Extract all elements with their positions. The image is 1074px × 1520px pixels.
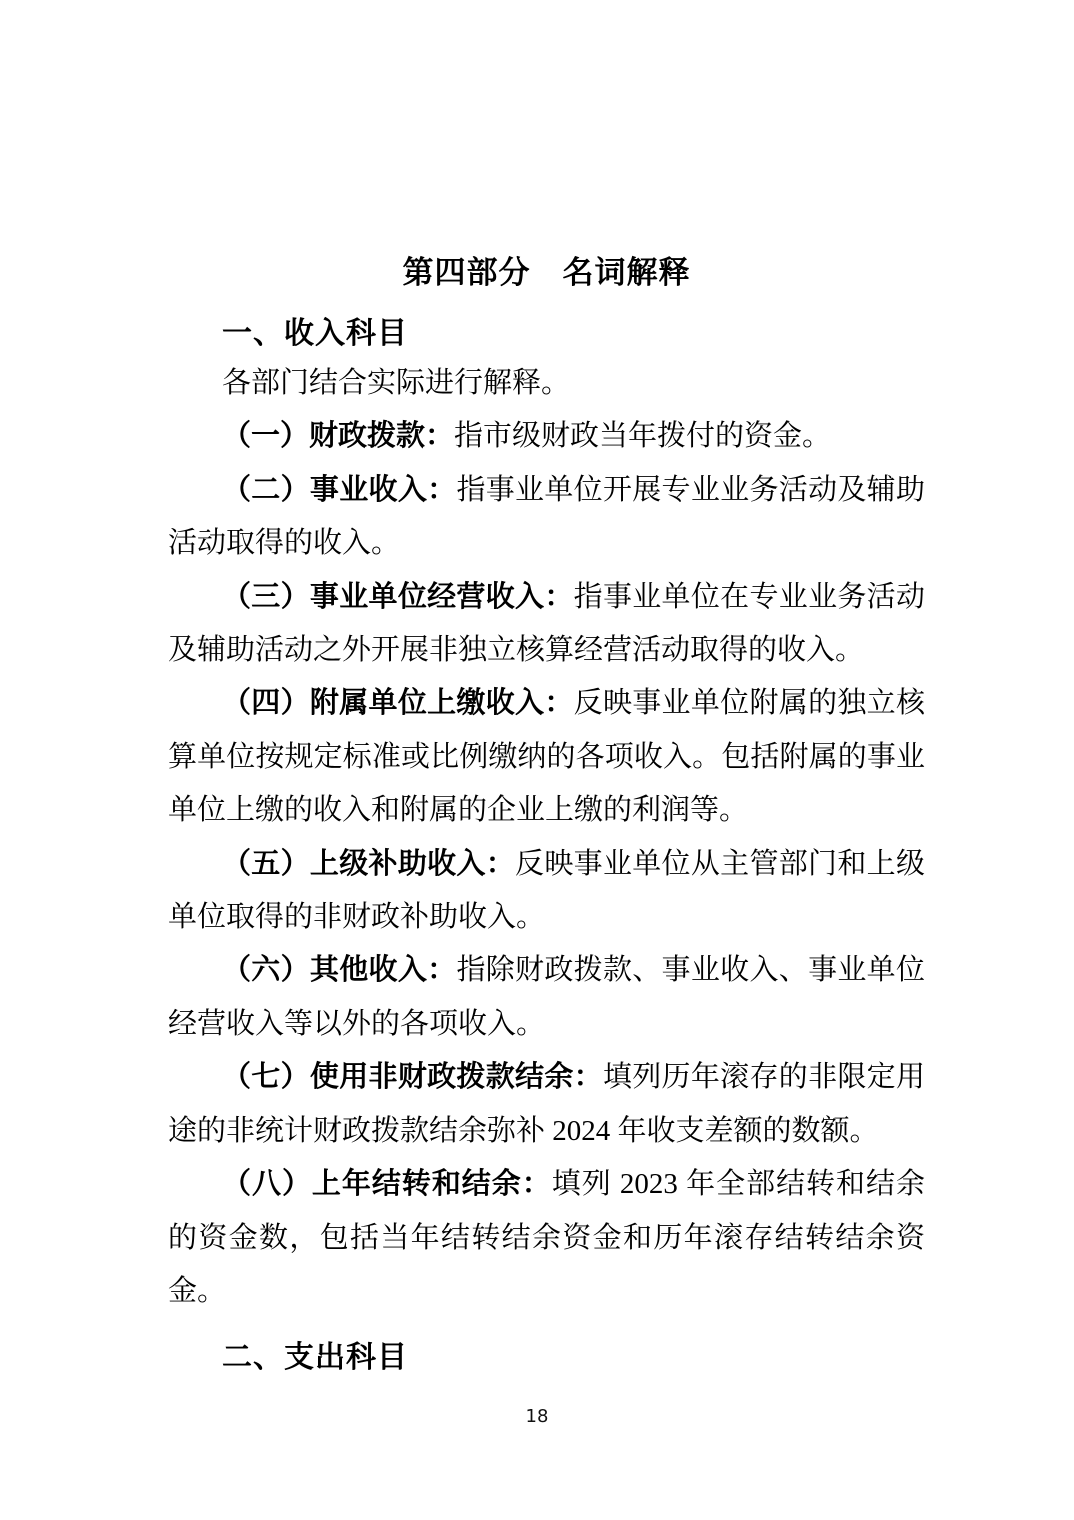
definition-term: （二）事业收入： <box>222 474 456 506</box>
definition-item-6: （六）其他收入：指除财政拨款、事业收入、事业单位经营收入等以外的各项收入。 <box>168 944 925 1051</box>
document-page: 第四部分 名词解释 一、收入科目 各部门结合实际进行解释。 （一）财政拨款：指市… <box>0 0 1074 1520</box>
document-title: 第四部分 名词解释 <box>168 254 925 292</box>
definition-item-1: （一）财政拨款：指市级财政当年拨付的资金。 <box>168 410 925 463</box>
definition-term: （一）财政拨款： <box>222 420 454 452</box>
definition-item-4: （四）附属单位上缴收入：反映事业单位附属的独立核算单位按规定标准或比例缴纳的各项… <box>168 677 925 837</box>
definition-item-7: （七）使用非财政拨款结余：填列历年滚存的非限定用途的非统计财政拨款结余弥补 20… <box>168 1051 925 1158</box>
definition-item-5: （五）上级补助收入：反映事业单位从主管部门和上级单位取得的非财政补助收入。 <box>168 838 925 945</box>
definition-item-2: （二）事业收入：指事业单位开展专业业务活动及辅助活动取得的收入。 <box>168 464 925 571</box>
definition-term: （三）事业单位经营收入： <box>222 581 574 613</box>
definition-term: （六）其他收入： <box>222 954 456 986</box>
text-column: 第四部分 名词解释 一、收入科目 各部门结合实际进行解释。 （一）财政拨款：指市… <box>168 0 925 1381</box>
definition-text: 指市级财政当年拨付的资金。 <box>454 420 831 452</box>
definition-term: （四）附属单位上缴收入： <box>222 687 574 719</box>
definition-item-3: （三）事业单位经营收入：指事业单位在专业业务活动及辅助活动之外开展非独立核算经营… <box>168 571 925 678</box>
intro-paragraph: 各部门结合实际进行解释。 <box>168 357 925 410</box>
definition-term: （八）上年结转和结余： <box>222 1168 552 1200</box>
section-heading-income: 一、收入科目 <box>168 314 925 354</box>
definition-term: （五）上级补助收入： <box>222 848 515 880</box>
section-heading-expenditure: 二、支出科目 <box>168 1338 925 1378</box>
definition-term: （七）使用非财政拨款结余： <box>222 1061 603 1093</box>
definition-item-8: （八）上年结转和结余：填列 2023 年全部结转和结余的资金数，包括当年结转结余… <box>168 1158 925 1318</box>
page-number: 18 <box>0 1406 1074 1427</box>
